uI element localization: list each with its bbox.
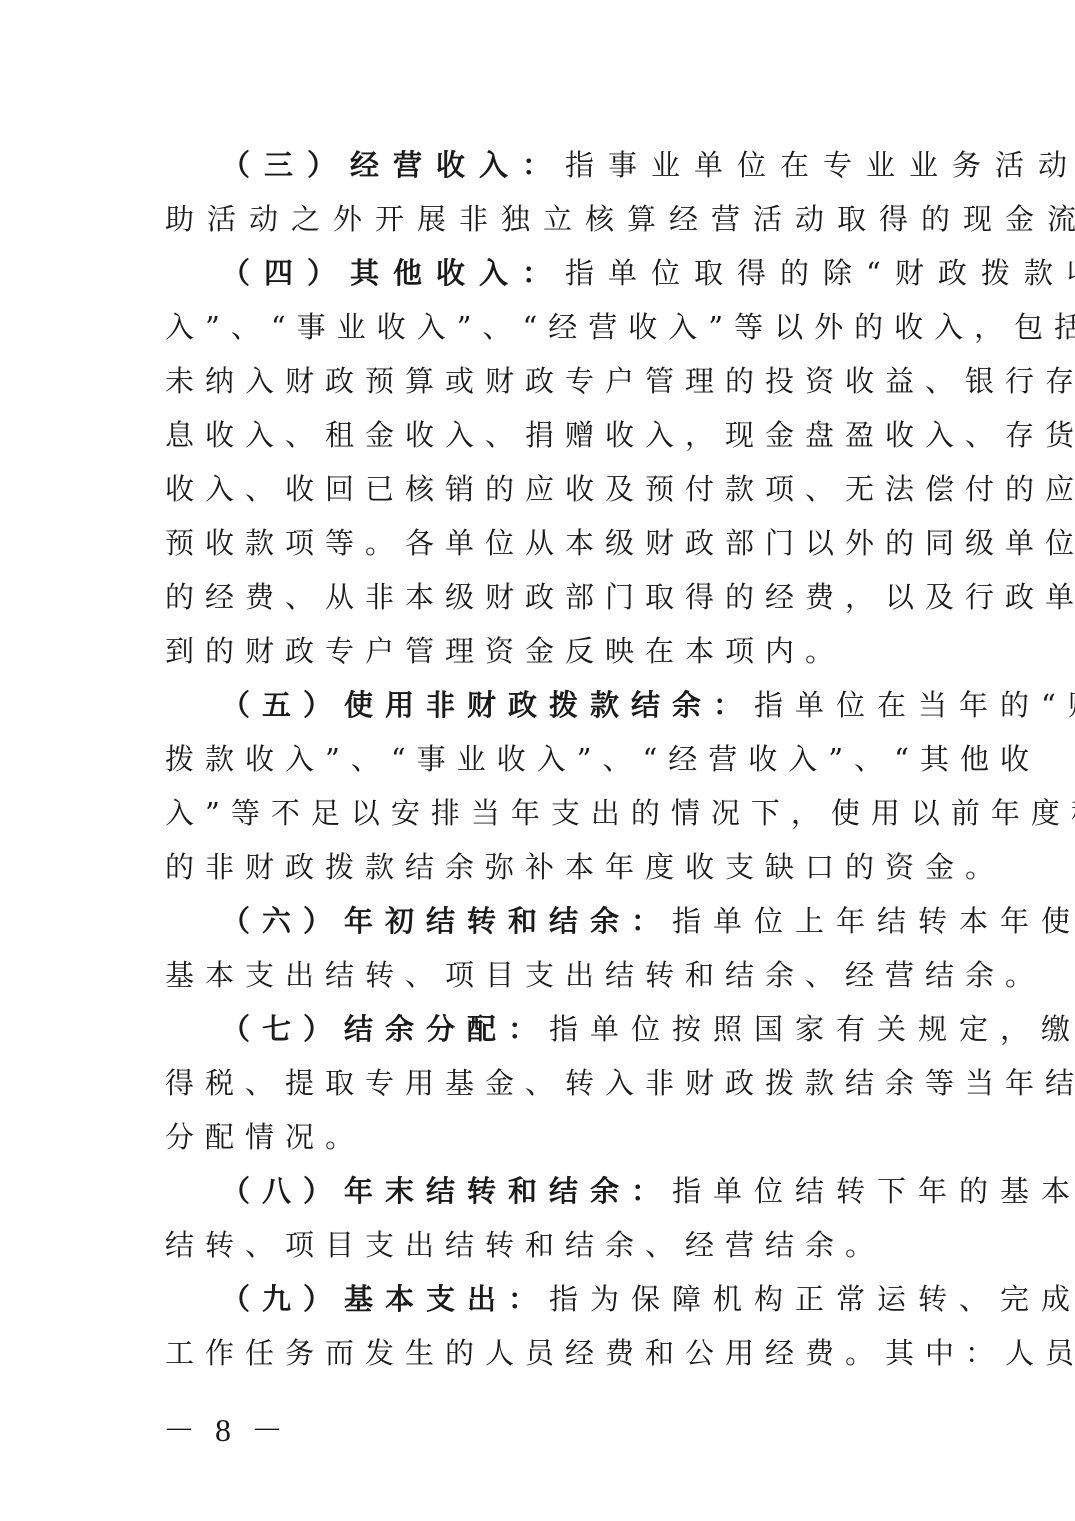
item-text: 入”等不足以安排当年支出的情况下，使用以前年度积累 — [165, 796, 1075, 830]
paragraph-6-line-2: 基本支出结转、项目支出结转和结余、经营结余。 — [165, 948, 885, 1002]
item-text: 基本支出结转、项目支出结转和结余、经营结余。 — [165, 958, 1045, 992]
paragraph-7-line-2: 得税、提取专用基金、转入非财政拨款结余等当年结余的 — [165, 1056, 885, 1110]
paragraph-4-line-5: 收入、收回已核销的应收及预付款项、无法偿付的应付及 — [165, 462, 885, 516]
paragraph-4-line-1: （四）其他收入：指单位取得的除“财政拨款收 — [165, 246, 885, 300]
item-text: 分配情况。 — [165, 1120, 365, 1154]
paragraph-6-line-1: （六）年初结转和结余：指单位上年结转本年使用的 — [165, 894, 885, 948]
item-text: 未纳入财政预算或财政专户管理的投资收益、银行存款利 — [165, 364, 1075, 398]
item-text: 息收入、租金收入、捐赠收入，现金盘盈收入、存货盘盈 — [165, 418, 1075, 452]
item-text: 指单位按照国家有关规定，缴纳所 — [549, 1012, 1075, 1046]
paragraph-8-line-1: （八）年末结转和结余：指单位结转下年的基本支出 — [165, 1164, 885, 1218]
paragraph-5-line-1: （五）使用非财政拨款结余：指单位在当年的“财政 — [165, 678, 885, 732]
item-text: 的非财政拨款结余弥补本年度收支缺口的资金。 — [165, 850, 1005, 884]
document-body: （三）经营收入：指事业单位在专业业务活动及其辅 助活动之外开展非独立核算经营活动… — [165, 138, 885, 1380]
item-text: 指单位取得的除“财政拨款收 — [565, 256, 1075, 290]
item-text: 结转、项目支出结转和结余、经营结余。 — [165, 1228, 885, 1262]
item-label-7: （七）结余分配： — [221, 1012, 549, 1046]
item-label-8: （八）年末结转和结余： — [221, 1174, 672, 1208]
item-text: 助活动之外开展非独立核算经营活动取得的现金流入。 — [165, 202, 1075, 236]
paragraph-5-line-3: 入”等不足以安排当年支出的情况下，使用以前年度积累 — [165, 786, 885, 840]
item-text: 的经费、从非本级财政部门取得的经费，以及行政单位收 — [165, 580, 1075, 614]
item-text: 入”、“事业收入”、“经营收入”等以外的收入，包括 — [165, 310, 1075, 344]
paragraph-7-line-3: 分配情况。 — [165, 1110, 885, 1164]
item-label-3: （三）经营收入： — [221, 148, 565, 182]
paragraph-4-line-6: 预收款项等。各单位从本级财政部门以外的同级单位取得 — [165, 516, 885, 570]
paragraph-9-line-2: 工作任务而发生的人员经费和公用经费。其中：人员经费 — [165, 1326, 885, 1380]
paragraph-4-line-8: 到的财政专户管理资金反映在本项内。 — [165, 624, 885, 678]
item-text: 指单位结转下年的基本支出 — [672, 1174, 1075, 1208]
paragraph-3-line-1: （三）经营收入：指事业单位在专业业务活动及其辅 — [165, 138, 885, 192]
item-label-5: （五）使用非财政拨款结余： — [221, 688, 754, 722]
item-text: 指为保障机构正常运转、完成日常 — [549, 1282, 1075, 1316]
paragraph-5-line-4: 的非财政拨款结余弥补本年度收支缺口的资金。 — [165, 840, 885, 894]
page-number: － 8 － — [163, 1410, 289, 1450]
paragraph-4-line-2: 入”、“事业收入”、“经营收入”等以外的收入，包括 — [165, 300, 885, 354]
paragraph-4-line-7: 的经费、从非本级财政部门取得的经费，以及行政单位收 — [165, 570, 885, 624]
item-text: 得税、提取专用基金、转入非财政拨款结余等当年结余的 — [165, 1066, 1075, 1100]
item-text: 指单位在当年的“财政 — [754, 688, 1075, 722]
paragraph-4-line-3: 未纳入财政预算或财政专户管理的投资收益、银行存款利 — [165, 354, 885, 408]
paragraph-5-line-2: 拨款收入”、“事业收入”、“经营收入”、“其他收 — [165, 732, 885, 786]
paragraph-4-line-4: 息收入、租金收入、捐赠收入，现金盘盈收入、存货盘盈 — [165, 408, 885, 462]
item-label-9: （九）基本支出： — [221, 1282, 549, 1316]
paragraph-8-line-2: 结转、项目支出结转和结余、经营结余。 — [165, 1218, 885, 1272]
item-label-4: （四）其他收入： — [221, 256, 565, 290]
item-text: 收入、收回已核销的应收及预付款项、无法偿付的应付及 — [165, 472, 1075, 506]
item-text: 指单位上年结转本年使用的 — [672, 904, 1075, 938]
item-text: 工作任务而发生的人员经费和公用经费。其中：人员经费 — [165, 1336, 1075, 1370]
item-label-6: （六）年初结转和结余： — [221, 904, 672, 938]
item-text: 预收款项等。各单位从本级财政部门以外的同级单位取得 — [165, 526, 1075, 560]
paragraph-9-line-1: （九）基本支出：指为保障机构正常运转、完成日常 — [165, 1272, 885, 1326]
paragraph-3-line-2: 助活动之外开展非独立核算经营活动取得的现金流入。 — [165, 192, 885, 246]
item-text: 指事业单位在专业业务活动及其辅 — [565, 148, 1075, 182]
item-text: 拨款收入”、“事业收入”、“经营收入”、“其他收 — [165, 742, 1040, 776]
item-text: 到的财政专户管理资金反映在本项内。 — [165, 634, 845, 668]
paragraph-7-line-1: （七）结余分配：指单位按照国家有关规定，缴纳所 — [165, 1002, 885, 1056]
document-page: （三）经营收入：指事业单位在专业业务活动及其辅 助活动之外开展非独立核算经营活动… — [0, 0, 1075, 1521]
